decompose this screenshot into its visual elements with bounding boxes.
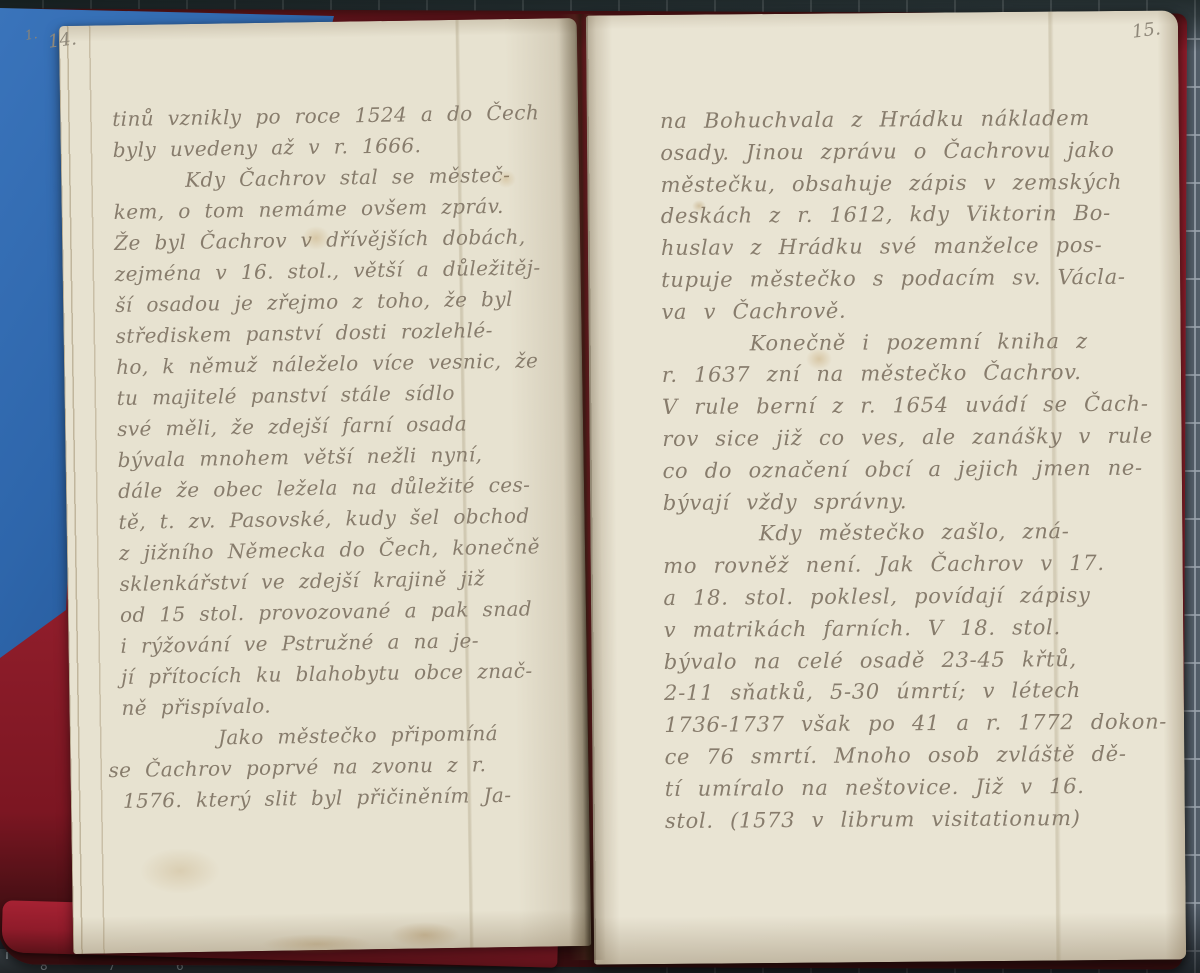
manuscript-line: 2-11 sňatků, 5-30 úmrtí; v létech <box>664 675 1167 710</box>
manuscript-line: a 18. stol. poklesl, povídají zápisy <box>663 579 1166 614</box>
manuscript-line: stol. (1573 v librum visitationum) <box>665 802 1168 837</box>
manuscript-line: tupuje městečko s podacím sv. Václa- <box>661 261 1164 296</box>
corner-mark: 1. <box>24 27 39 44</box>
right-page-text: na Bohuchvala z Hrádku nákladem osady. J… <box>660 102 1168 837</box>
manuscript-line: 1736-1737 však po 41 a r. 1772 dokon- <box>664 707 1167 742</box>
manuscript-line: r. 1637 zní na městečko Čachrov. <box>662 357 1165 392</box>
left-page-text: tinů vznikly po roce 1524 a do Čech byly… <box>112 97 550 817</box>
manuscript-line: bývají vždy správny. <box>663 484 1166 519</box>
manuscript-line: tí umíralo na neštovice. Již v 16. <box>665 770 1168 805</box>
page-number-right: 15. <box>1131 18 1162 42</box>
manuscript-line: mo rovněž není. Jak Čachrov v 17. <box>663 548 1166 583</box>
manuscript-line: bývalo na celé osadě 23-45 křtů, <box>664 643 1167 678</box>
manuscript-line: huslav z Hrádku své manželce pos- <box>661 230 1164 265</box>
manuscript-line: Kdy městečko zašlo, zná- <box>663 516 1166 551</box>
page-number-left: 14. <box>47 28 78 52</box>
manuscript-line: na Bohuchvala z Hrádku nákladem <box>660 102 1163 137</box>
manuscript-line: va v Čachrově. <box>661 293 1164 328</box>
manuscript-line: V rule berní z r. 1654 uvádí se Čach- <box>662 389 1165 424</box>
manuscript-line: městečku, obsahuje zápis v zemských <box>660 166 1163 201</box>
manuscript-line: v matrikách farních. V 18. stol. <box>664 611 1167 646</box>
manuscript-line: rov sice již co ves, ale zanášky v rule <box>662 420 1165 455</box>
manuscript-line: co do označení obcí a jejich jmen ne- <box>662 452 1165 487</box>
manuscript-line: Konečně i pozemní kniha z <box>662 325 1165 360</box>
manuscript-line: ce 76 smrtí. Mnoho osob zvláště dě- <box>664 738 1167 773</box>
manuscript-line: osady. Jinou zprávu o Čachrovu jako <box>660 134 1163 169</box>
manuscript-line: deskách z r. 1612, kdy Viktorin Bo- <box>661 198 1164 233</box>
manuscript-scan: 8 7 6 1. 14. 15. tinů vznikly po roce 15… <box>0 0 1200 973</box>
